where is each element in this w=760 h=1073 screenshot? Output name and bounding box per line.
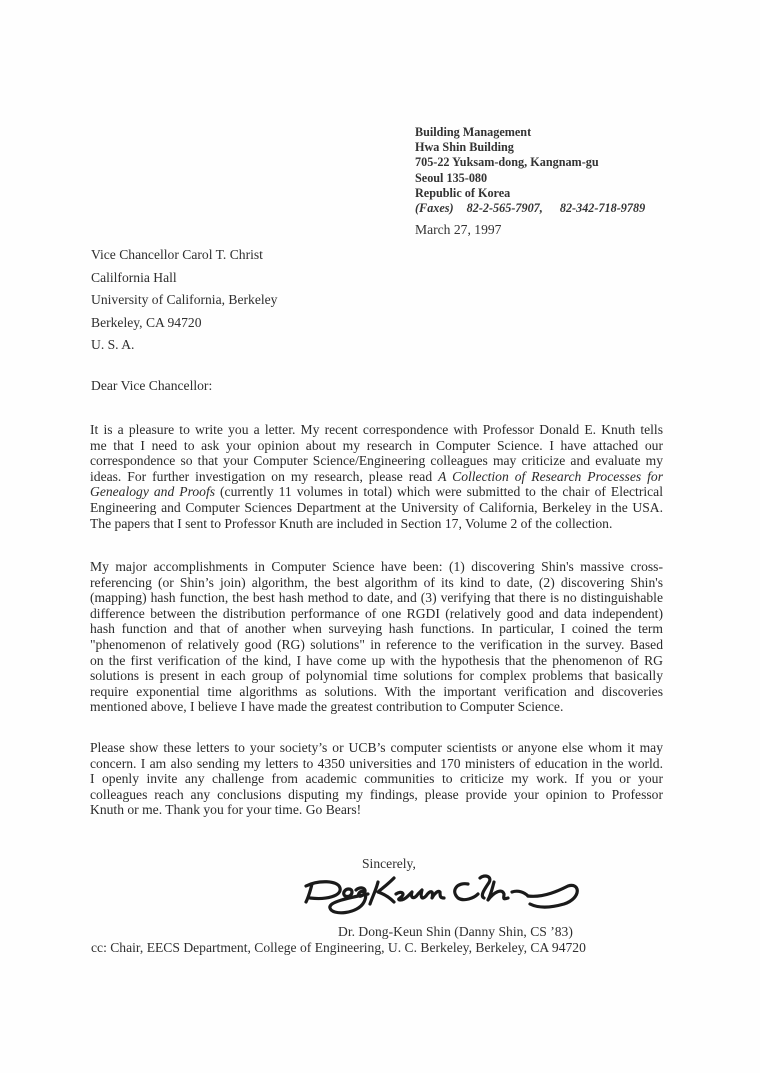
paragraph-line: ideas. For further investigation on my r… — [90, 469, 663, 485]
fax-label: (Faxes) — [415, 201, 454, 215]
letter-page: Building Management Hwa Shin Building 70… — [0, 0, 760, 1073]
sender-line: Seoul 135-080 — [415, 171, 645, 186]
sender-address: Building Management Hwa Shin Building 70… — [415, 125, 645, 216]
signer-name: Dr. Dong-Keun Shin (Danny Shin, CS ’83) — [338, 924, 573, 940]
paragraph-line: hash function and that of another when s… — [90, 621, 663, 637]
recipient-line: University of California, Berkeley — [91, 289, 277, 312]
paragraph-line: on the first verification of the kind, I… — [90, 653, 663, 669]
paragraph-line: Genealogy and Proofs (currently 11 volum… — [90, 484, 663, 500]
book-title: Genealogy and Proofs — [90, 484, 215, 499]
paragraph-line: me that I need to ask your opinion about… — [90, 438, 663, 454]
paragraph-line: difference between the distribution perf… — [90, 606, 663, 622]
paragraph-line: It is a pleasure to write you a letter. … — [90, 422, 663, 438]
paragraph-line: My major accomplishments in Computer Sci… — [90, 559, 663, 575]
body-paragraph-2: My major accomplishments in Computer Sci… — [90, 559, 663, 715]
fax-number: 82-342-718-9789 — [560, 201, 645, 215]
paragraph-line: "phenomenon of relatively good (RG) solu… — [90, 637, 663, 653]
recipient-line: Calilfornia Hall — [91, 267, 277, 290]
paragraph-text: ideas. For further investigation on my r… — [90, 469, 438, 484]
salutation: Dear Vice Chancellor: — [91, 378, 212, 394]
sender-line: Hwa Shin Building — [415, 140, 645, 155]
paragraph-line: require exponential time algorithms as s… — [90, 684, 663, 700]
paragraph-line: referencing (or Shin’s join) algorithm, … — [90, 575, 663, 591]
handwritten-signature — [298, 868, 583, 918]
paragraph-line: concern. I am also sending my letters to… — [90, 756, 663, 772]
recipient-address: Vice Chancellor Carol T. Christ Calilfor… — [91, 244, 277, 357]
paragraph-line: solutions is present in each group of po… — [90, 668, 663, 684]
sender-line: 705-22 Yuksam-dong, Kangnam-gu — [415, 155, 645, 170]
paragraph-line: (mapping) hash function, the best hash m… — [90, 590, 663, 606]
paragraph-line: mentioned above, I believe I have made t… — [90, 699, 663, 715]
sender-line: Building Management — [415, 125, 645, 140]
sender-fax-line: (Faxes) 82-2-565-7907, 82-342-718-9789 — [415, 201, 645, 216]
recipient-line: U. S. A. — [91, 334, 277, 357]
sender-line: Republic of Korea — [415, 186, 645, 201]
recipient-line: Berkeley, CA 94720 — [91, 312, 277, 335]
body-paragraph-3: Please show these letters to your societ… — [90, 740, 663, 818]
book-title: A Collection of Research Processes for — [438, 469, 663, 484]
cc-line: cc: Chair, EECS Department, College of E… — [91, 940, 586, 956]
body-paragraph-1: It is a pleasure to write you a letter. … — [90, 422, 663, 531]
recipient-line: Vice Chancellor Carol T. Christ — [91, 244, 277, 267]
paragraph-line: Engineering and Computer Sciences Depart… — [90, 500, 663, 516]
paragraph-line: Knuth or me. Thank you for your time. Go… — [90, 802, 663, 818]
paragraph-line: I openly invite any challenge from acade… — [90, 771, 663, 787]
fax-number: 82-2-565-7907, — [467, 201, 543, 215]
paragraph-line: correspondence so that your Computer Sci… — [90, 453, 663, 469]
letter-date: March 27, 1997 — [415, 222, 501, 238]
paragraph-text: (currently 11 volumes in total) which we… — [220, 484, 663, 499]
paragraph-line: The papers that I sent to Professor Knut… — [90, 516, 663, 532]
paragraph-line: colleagues reach any conclusions disputi… — [90, 787, 663, 803]
paragraph-line: Please show these letters to your societ… — [90, 740, 663, 756]
